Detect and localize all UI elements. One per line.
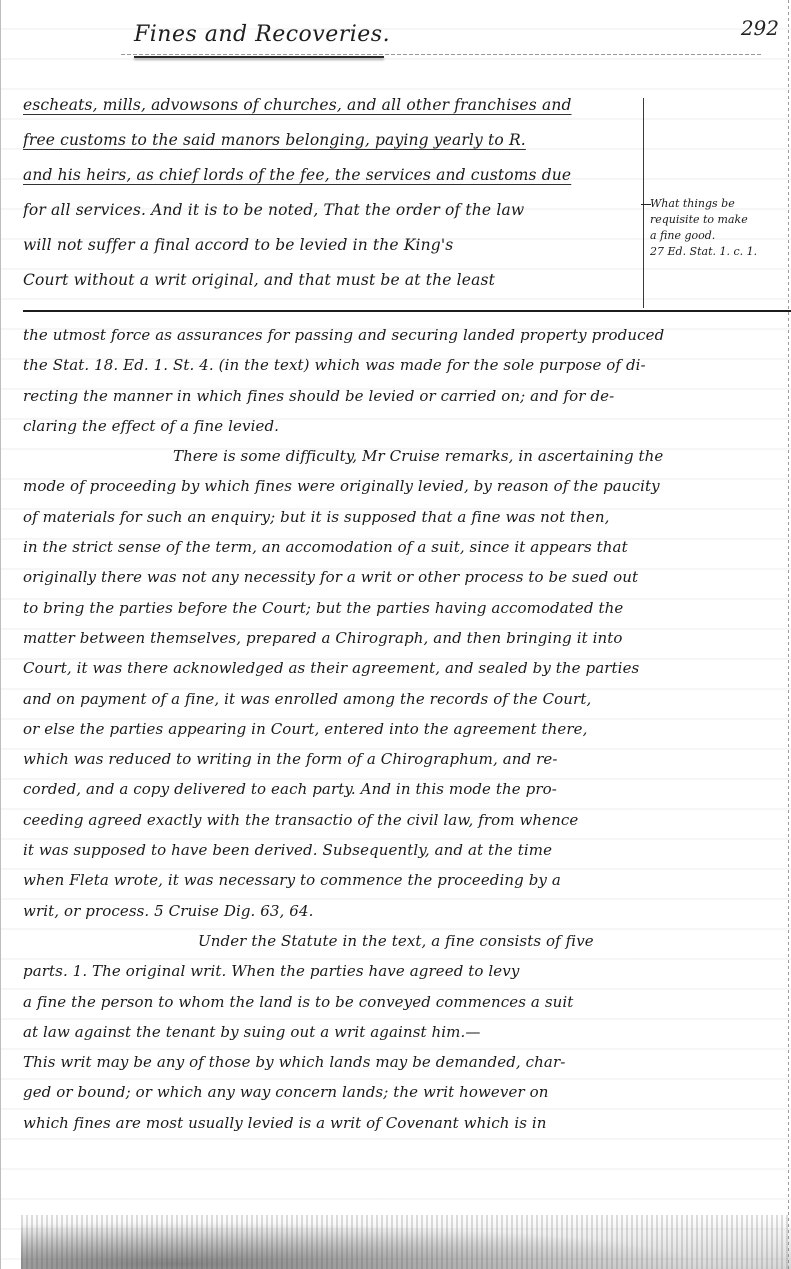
page-number: 292 xyxy=(741,16,779,40)
margin-note: What things be requisite to make a fine … xyxy=(650,196,780,260)
scan-smudge xyxy=(21,1215,791,1269)
margin-note-line: requisite to make xyxy=(650,212,780,228)
page-edge xyxy=(788,0,789,1269)
commentary-text: the utmost force as assurances for passi… xyxy=(23,320,763,1138)
commentary-line: of materials for such an enquiry; but it… xyxy=(23,502,763,532)
margin-note-line: What things be xyxy=(650,196,780,212)
commentary-line: at law against the tenant by suing out a… xyxy=(23,1017,763,1047)
commentary-line: which fines are most usually levied is a… xyxy=(23,1108,763,1138)
excerpt-line: escheats, mills, advowsons of churches, … xyxy=(23,88,638,123)
commentary-line: claring the effect of a fine levied. xyxy=(23,411,763,441)
commentary-line: the utmost force as assurances for passi… xyxy=(23,320,763,350)
statute-excerpt: escheats, mills, advowsons of churches, … xyxy=(23,88,638,298)
commentary-line: parts. 1. The original writ. When the pa… xyxy=(23,956,763,986)
commentary-line: which was reduced to writing in the form… xyxy=(23,744,763,774)
commentary-line: ceeding agreed exactly with the transact… xyxy=(23,805,763,835)
page-heading: Fines and Recoveries. xyxy=(134,22,390,47)
excerpt-line: will not suffer a final accord to be lev… xyxy=(23,228,638,263)
excerpt-line: Court without a writ original, and that … xyxy=(23,263,638,298)
excerpt-line: and his heirs, as chief lords of the fee… xyxy=(23,158,638,193)
commentary-line: a fine the person to whom the land is to… xyxy=(23,987,763,1017)
margin-note-line: 27 Ed. Stat. 1. c. 1. xyxy=(650,244,780,260)
commentary-line: and on payment of a fine, it was enrolle… xyxy=(23,684,763,714)
excerpt-line: for all services. And it is to be noted,… xyxy=(23,193,638,228)
commentary-line: in the strict sense of the term, an acco… xyxy=(23,532,763,562)
margin-column-rule xyxy=(643,98,644,308)
commentary-line: it was supposed to have been derived. Su… xyxy=(23,835,763,865)
commentary-line: recting the manner in which fines should… xyxy=(23,381,763,411)
commentary-line: corded, and a copy delivered to each par… xyxy=(23,774,763,804)
commentary-line: ged or bound; or which any way concern l… xyxy=(23,1077,763,1107)
commentary-line: to bring the parties before the Court; b… xyxy=(23,593,763,623)
commentary-line: originally there was not any necessity f… xyxy=(23,562,763,592)
commentary-line: Court, it was there acknowledged as thei… xyxy=(23,653,763,683)
commentary-line: mode of proceeding by which fines were o… xyxy=(23,471,763,501)
manuscript-page: Fines and Recoveries. 292 escheats, mill… xyxy=(0,0,791,1269)
commentary-line: or else the parties appearing in Court, … xyxy=(23,714,763,744)
commentary-line: the Stat. 18. Ed. 1. St. 4. (in the text… xyxy=(23,350,763,380)
commentary-line: There is some difficulty, Mr Cruise rema… xyxy=(23,441,763,471)
commentary-line: writ, or process. 5 Cruise Dig. 63, 64. xyxy=(23,896,763,926)
margin-note-line: a fine good. xyxy=(650,228,780,244)
commentary-line: when Fleta wrote, it was necessary to co… xyxy=(23,865,763,895)
excerpt-line: free customs to the said manors belongin… xyxy=(23,123,638,158)
commentary-line: Under the Statute in the text, a fine co… xyxy=(23,926,763,956)
section-divider xyxy=(23,310,791,312)
commentary-line: matter between themselves, prepared a Ch… xyxy=(23,623,763,653)
heading-rule xyxy=(121,54,761,55)
commentary-line: This writ may be any of those by which l… xyxy=(23,1047,763,1077)
heading-underline xyxy=(134,56,384,58)
